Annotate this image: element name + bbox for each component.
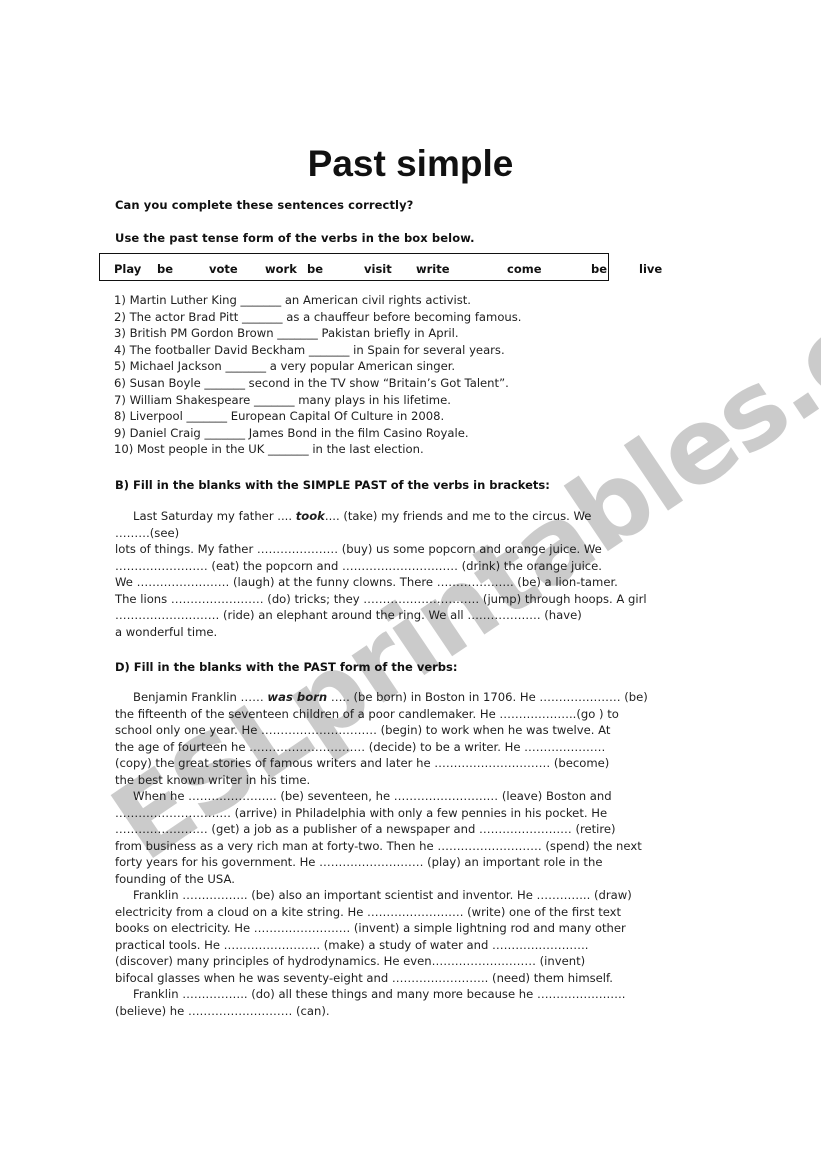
- worksheet-page: ESLprintables.com Past simple Can you co…: [0, 0, 821, 1169]
- section-d-line: (copy) the great stories of famous write…: [115, 755, 715, 772]
- verb-be: be: [591, 262, 607, 276]
- section-d-line: Benjamin Franklin …… was born ….. (be bo…: [115, 689, 715, 706]
- verb-come: come: [507, 262, 542, 276]
- sentence-item: 4) The footballer David Beckham _______ …: [114, 342, 522, 359]
- instruction-complete: Can you complete these sentences correct…: [115, 198, 413, 212]
- section-b-line: ……………………… (ride) an elephant around the …: [115, 607, 715, 624]
- section-b-line: lots of things. My father ………………… (buy) …: [115, 541, 715, 558]
- sentence-item: 1) Martin Luther King _______ an America…: [114, 292, 522, 309]
- verb-play: Play: [114, 262, 141, 276]
- text-run: Benjamin Franklin ……: [133, 690, 267, 704]
- section-d-text: Benjamin Franklin …… was born ….. (be bo…: [115, 689, 715, 1019]
- sentence-item: 7) William Shakespeare _______ many play…: [114, 392, 522, 409]
- section-b-line: …………………… (eat) the popcorn and …………………………: [115, 558, 715, 575]
- section-d-line: When he ………………….. (be) seventeen, he …………: [115, 788, 715, 805]
- sentence-item: 9) Daniel Craig _______ James Bond in th…: [114, 425, 522, 442]
- sentence-item: 6) Susan Boyle _______ second in the TV …: [114, 375, 522, 392]
- sentence-item: 10) Most people in the UK _______ in the…: [114, 441, 522, 458]
- sentence-item: 2) The actor Brad Pitt _______ as a chau…: [114, 309, 522, 326]
- section-d-line: ………………………… (arrive) in Philadelphia with…: [115, 805, 715, 822]
- verb-be: be: [307, 262, 323, 276]
- text-run: .... (take) my friends and me to the cir…: [325, 509, 592, 523]
- section-d-line: the fifteenth of the seventeen children …: [115, 706, 715, 723]
- text-run: Last Saturday my father ....: [133, 509, 296, 523]
- verb-visit: visit: [364, 262, 392, 276]
- example-answer: took: [296, 509, 325, 523]
- section-d-line: school only one year. He ………………………… (beg…: [115, 722, 715, 739]
- section-d-line: (discover) many principles of hydrodynam…: [115, 953, 715, 970]
- section-d-line: from business as a very rich man at fort…: [115, 838, 715, 855]
- section-b-line: Last Saturday my father .... took.... (t…: [115, 508, 715, 525]
- verb-work: work: [265, 262, 297, 276]
- verb-be: be: [157, 262, 173, 276]
- section-d-line: forty years for his government. He ………………: [115, 854, 715, 871]
- text-run: ….. (be born) in Boston in 1706. He ……………: [327, 690, 648, 704]
- section-b-heading: B) Fill in the blanks with the SIMPLE PA…: [115, 478, 550, 492]
- section-d-line: Franklin …………….. (do) all these things a…: [115, 986, 715, 1003]
- section-b-text: Last Saturday my father .... took.... (t…: [115, 508, 715, 640]
- verb-live: live: [639, 262, 662, 276]
- section-d-line: the age of fourteen he ………………………… (decid…: [115, 739, 715, 756]
- section-d-line: bifocal glasses when he was seventy-eigh…: [115, 970, 715, 987]
- page-title: Past simple: [0, 143, 821, 185]
- section-d-line: books on electricity. He ……………………. (inve…: [115, 920, 715, 937]
- section-d-line: practical tools. He ……………………. (make) a s…: [115, 937, 715, 954]
- section-d-line: the best known writer in his time.: [115, 772, 715, 789]
- section-d-line: Franklin …………….. (be) also an important …: [115, 887, 715, 904]
- verb-vote: vote: [209, 262, 238, 276]
- section-d-line: (believe) he ……………………… (can).: [115, 1003, 715, 1020]
- section-d-line: founding of the USA.: [115, 871, 715, 888]
- section-b-line: The lions …………………… (do) tricks; they …………: [115, 591, 715, 608]
- section-b-line: ………(see): [115, 525, 715, 542]
- section-d-heading: D) Fill in the blanks with the PAST form…: [115, 660, 457, 674]
- sentence-item: 5) Michael Jackson _______ a very popula…: [114, 358, 522, 375]
- sentence-item: 3) British PM Gordon Brown _______ Pakis…: [114, 325, 522, 342]
- section-b-line: We …………………… (laugh) at the funny clowns.…: [115, 574, 715, 591]
- section-d-line: electricity from a cloud on a kite strin…: [115, 904, 715, 921]
- instruction-use-verbs: Use the past tense form of the verbs in …: [115, 231, 475, 245]
- example-answer: was born: [267, 690, 327, 704]
- sentence-item: 8) Liverpool _______ European Capital Of…: [114, 408, 522, 425]
- verb-write: write: [416, 262, 450, 276]
- sentence-list: 1) Martin Luther King _______ an America…: [114, 292, 522, 458]
- section-d-line: …………………… (get) a job as a publisher of a…: [115, 821, 715, 838]
- section-b-line: a wonderful time.: [115, 624, 715, 641]
